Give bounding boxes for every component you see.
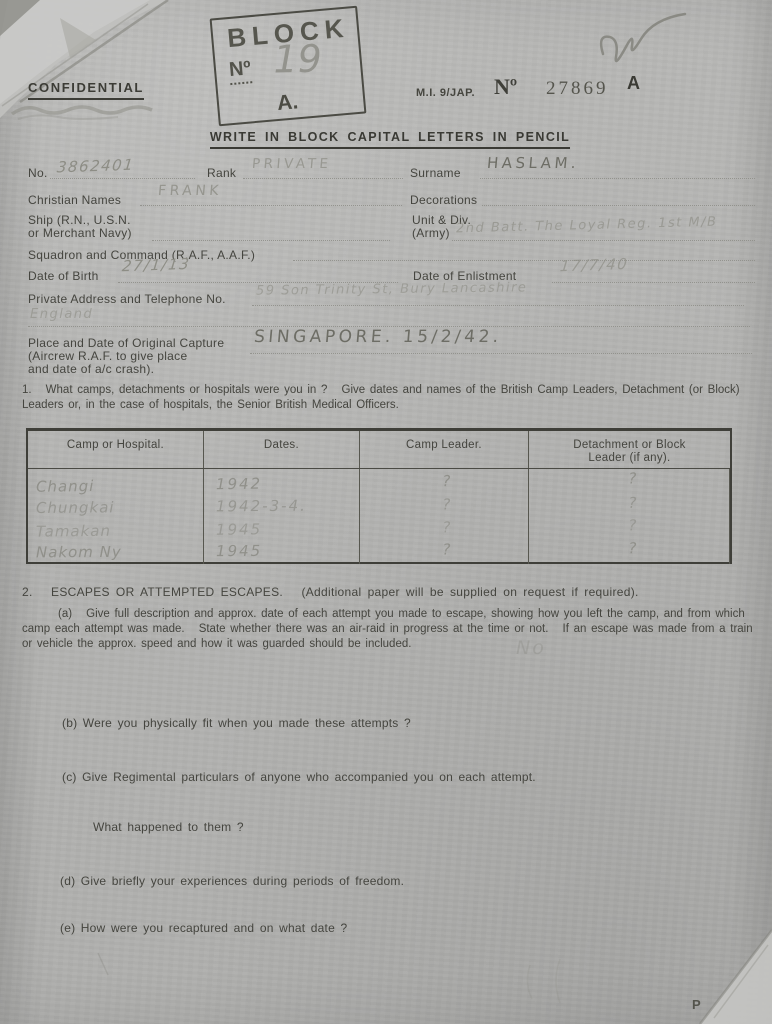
- service-no-label: No.: [28, 166, 48, 180]
- surname-label: Surname: [410, 166, 461, 180]
- address-value-line1: 59 Son Trinity St, Bury Lancashire: [256, 280, 528, 298]
- camp-name: Chungkai: [36, 498, 115, 517]
- date-of-birth-label: Date of Birth: [28, 269, 99, 283]
- camp-dates: 1942: [216, 475, 262, 494]
- question2-item-d: (d) Give briefly your experiences during…: [60, 874, 404, 888]
- question2-item-c-followup: What happened to them ?: [93, 820, 244, 834]
- capture-label-line3: and date of a/c crash).: [28, 362, 154, 376]
- question2-item-c: (c) Give Regimental particulars of anyon…: [62, 770, 536, 784]
- question2-item-b: (b) Were you physically fit when you mad…: [62, 716, 411, 730]
- camp-leader: ?: [362, 540, 532, 559]
- camp-leader: ?: [362, 517, 532, 537]
- stamp-no-label: Nº: [228, 57, 252, 85]
- paper-corner-crease: [0, 0, 195, 132]
- camp-name: Nakom Ny: [36, 543, 122, 562]
- pencil-scribble-icon: [585, 2, 715, 72]
- dotted-line: [293, 259, 755, 261]
- rank-label: Rank: [207, 166, 236, 180]
- stamp-letter: A.: [276, 90, 299, 116]
- decorations-label: Decorations: [410, 193, 477, 207]
- block-number-stamp: BLOCK Nº 19 A.: [210, 6, 367, 126]
- date-of-birth-value: 27/1/13: [121, 255, 191, 275]
- form-series-letter: A: [627, 73, 640, 94]
- detachment-leader: ?: [532, 539, 734, 558]
- table-row: Nakom Ny 1945 ? ?: [28, 539, 730, 567]
- unit-label-line2: (Army): [412, 226, 450, 240]
- camp-table: Camp or Hospital. Dates. Camp Leader. De…: [26, 428, 732, 564]
- pencil-smudge-icon: [8, 98, 178, 124]
- question2-item-e: (e) How were you recaptured and on what …: [60, 921, 347, 935]
- question2-item-a: (a) Give full description and approx. da…: [22, 607, 758, 652]
- dotted-line: [252, 304, 744, 306]
- scanned-pow-questionnaire-document: CONFIDENTIAL BLOCK Nº 19 A. M.I. 9/JAP. …: [0, 0, 772, 1024]
- dotted-line: [552, 281, 755, 283]
- camp-table-header-row: Camp or Hospital. Dates. Camp Leader. De…: [28, 431, 730, 469]
- address-label: Private Address and Telephone No.: [28, 292, 226, 306]
- capture-value: SINGAPORE. 15/2/42.: [253, 327, 503, 347]
- camp-table-body: Changi 1942 ? ? Chungkai 1942-3-4. ? ? T…: [28, 469, 730, 564]
- dotted-line: [140, 204, 402, 206]
- camp-table-header-detachment: Detachment or Block Leader (if any).: [529, 431, 730, 468]
- christian-names-value: FRANK: [157, 183, 222, 199]
- capture-label-line2: (Aircrew R.A.F. to give place: [28, 349, 187, 363]
- camp-table-header-leader: Camp Leader.: [360, 431, 529, 468]
- question1-text: 1. What camps, detachments or hospitals …: [22, 383, 754, 413]
- dotted-line: [152, 239, 390, 241]
- date-of-enlistment-value: 17/7/40: [559, 255, 629, 275]
- camp-table-header-camp: Camp or Hospital.: [28, 431, 204, 468]
- service-no-value: 3862401: [56, 156, 135, 177]
- form-instruction-title: WRITE IN BLOCK CAPITAL LETTERS IN PENCIL: [160, 128, 620, 149]
- item-a-pencil-answer: No: [516, 637, 546, 659]
- camp-name: Tamakan: [36, 522, 111, 541]
- camp-dates: 1942-3-4.: [216, 497, 307, 516]
- pencil-tick-marks: [90, 945, 610, 1015]
- paper-dogear-fold: [672, 915, 772, 1024]
- christian-names-label: Christian Names: [28, 193, 121, 207]
- ship-label-line1: Ship (R.N., U.S.N.: [28, 213, 131, 227]
- ship-label-line2: or Merchant Navy): [28, 226, 132, 240]
- surname-value: HASLAM.: [486, 154, 580, 172]
- camp-dates: 1945: [216, 542, 262, 560]
- stamp-block-number: 19: [273, 37, 322, 82]
- dotted-line: [452, 239, 755, 241]
- form-instruction-text: WRITE IN BLOCK CAPITAL LETTERS IN PENCIL: [210, 130, 570, 149]
- address-value-line2: England: [30, 307, 93, 322]
- form-department-code: M.I. 9/JAP.: [416, 87, 475, 99]
- form-number-label: Nº: [494, 74, 517, 100]
- page-turn-mark: P: [692, 997, 703, 1012]
- confidential-marking: CONFIDENTIAL: [28, 80, 144, 100]
- unit-value: 2nd Batt. The Loyal Reg. 1st M/B: [456, 215, 718, 237]
- dotted-line: [250, 352, 752, 354]
- dotted-line: [480, 177, 755, 179]
- detachment-leader: ?: [532, 468, 734, 489]
- dotted-line: [50, 177, 195, 179]
- camp-leader: ?: [362, 495, 532, 514]
- camp-dates: 1945: [216, 520, 262, 538]
- detachment-leader: ?: [532, 493, 734, 513]
- form-serial-number: 27869: [546, 78, 609, 100]
- camp-name: Changi: [36, 477, 95, 496]
- dotted-line: [482, 204, 755, 206]
- capture-label-line1: Place and Date of Original Capture: [28, 336, 224, 350]
- dotted-line: [243, 177, 403, 179]
- rank-value: PRIVATE: [251, 156, 332, 172]
- question2-heading: 2. ESCAPES OR ATTEMPTED ESCAPES. (Additi…: [22, 585, 754, 599]
- detachment-leader: ?: [532, 515, 734, 535]
- camp-leader: ?: [362, 471, 532, 491]
- camp-table-header-dates: Dates.: [204, 431, 360, 468]
